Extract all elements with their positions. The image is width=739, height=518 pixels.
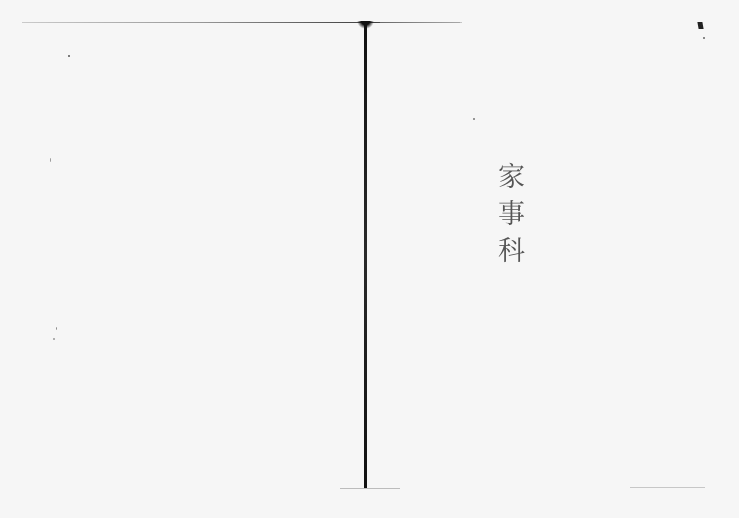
scan-speck xyxy=(703,37,705,39)
scan-speck xyxy=(68,55,70,57)
scan-speck xyxy=(50,158,51,162)
scan-speck xyxy=(56,327,57,330)
top-margin-rule-right xyxy=(380,22,460,23)
bottom-margin-rule xyxy=(340,488,400,489)
scanned-page-spread: 家事科 xyxy=(0,0,739,518)
scan-speck xyxy=(53,338,55,340)
bottom-margin-rule-right xyxy=(630,487,705,488)
corner-mark xyxy=(697,22,703,29)
scan-speck xyxy=(473,118,475,120)
handwritten-title: 家事科 xyxy=(493,162,523,273)
book-spine-gutter xyxy=(364,22,367,488)
